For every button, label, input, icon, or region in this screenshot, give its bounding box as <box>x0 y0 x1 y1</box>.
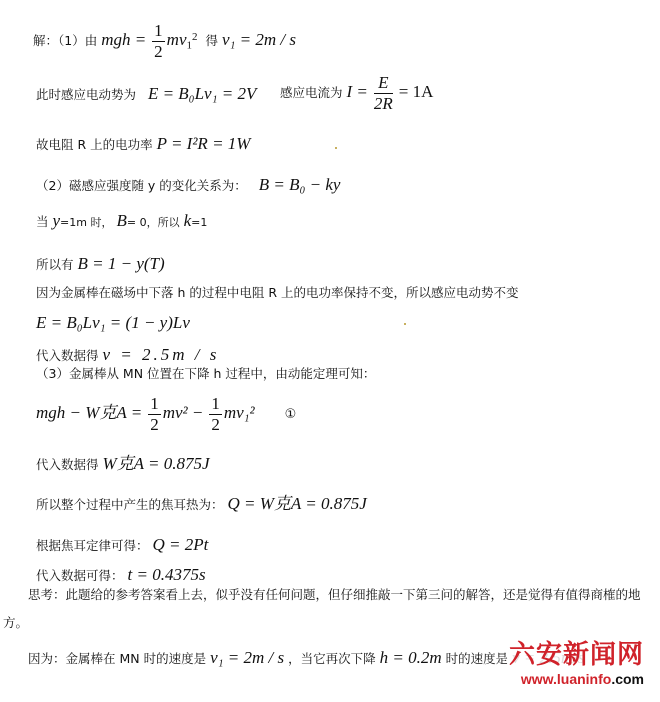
reflection-line1: 思考：此题给的参考答案看上去，似乎没有任何问题，但仔细推敲一下第三问的解答，还是… <box>28 589 641 602</box>
equation: E = B₀Lv₁ = 2V <box>148 84 256 103</box>
denominator: 2 <box>209 415 222 435</box>
url-part: .com <box>611 671 644 687</box>
reflection-line2: 方。 <box>3 617 28 630</box>
part1-power: 故电阻 R 上的电功率 P = I²R = 1W <box>36 135 250 152</box>
equation: = 1A <box>399 82 434 101</box>
variable: y <box>53 211 61 230</box>
label: 所以有 <box>36 257 74 272</box>
part3-heat: 所以整个过程中产生的焦耳热为： Q = W克A = 0.875J <box>36 495 367 512</box>
equation: mv² − <box>163 403 204 422</box>
fraction-E-over-2R: E2R <box>374 74 393 113</box>
part1-current: 感应电流为 I = E2R = 1A <box>280 74 433 113</box>
part1-emf: 此时感应电动势为 E = B₀Lv₁ = 2V <box>36 85 256 102</box>
part2-relation: （2）磁感应强度随 y 的变化关系为： B = B₀ − ky <box>36 176 340 193</box>
watermark-brand-name: 六安新闻网 <box>509 642 644 668</box>
reflection-because: 因为：金属棒在 MN 时的速度是 v₁ = 2m / s ，当它再次下降 h =… <box>28 649 584 666</box>
part3-intro: （3）金属棒从 MN 位置在下降 h 过程中，由动能定理可知： <box>36 368 375 381</box>
watermark-logo: 六安新闻网 www.luaninfo.com <box>507 642 646 687</box>
variable: B <box>116 211 126 230</box>
speck <box>335 147 337 149</box>
equation: B = 1 − y(T) <box>78 254 165 273</box>
label: 此时感应电动势为 <box>36 87 136 102</box>
label: （2）磁感应强度随 y 的变化关系为： <box>36 178 247 193</box>
denominator: 2 <box>148 415 161 435</box>
equation: Q = W克A = 0.875J <box>228 494 367 513</box>
part2-reason: 因为金属棒在磁场中下落 h 的过程中电阻 R 上的电功率保持不变，所以感应电动势… <box>36 287 519 300</box>
speck <box>404 323 406 325</box>
equation: t = 0.4375s <box>128 565 206 584</box>
equation: I = <box>347 82 368 101</box>
variable: k <box>184 211 192 230</box>
label: 根据焦耳定律可得： <box>36 538 149 553</box>
fraction-half: 12 <box>152 22 165 61</box>
fraction-half: 12 <box>148 395 161 434</box>
part3-energy-equation: mgh − W克A = 12mv² − 12mv₁² ① <box>36 395 296 434</box>
label: ，当它再次下降 <box>288 651 376 666</box>
label: 当 <box>36 214 49 229</box>
label: =1 <box>191 216 207 229</box>
numerator: E <box>374 74 393 94</box>
label: 故电阻 R 上的电功率 <box>36 137 153 152</box>
equation: mv <box>167 30 187 49</box>
label: 感应电流为 <box>280 85 343 100</box>
label: 代入数据可得： <box>36 568 124 583</box>
label: 时的速度是 <box>446 651 509 666</box>
part2-emf: E = B₀Lv₁ = (1 − y)Lv <box>36 314 190 331</box>
equation: mgh − W克A = <box>36 403 142 422</box>
equation: B = B₀ − ky <box>259 175 341 194</box>
label: 所以整个过程中产生的焦耳热为： <box>36 497 224 512</box>
equation: h = 0.2m <box>380 648 442 667</box>
part1-line1: 解：（1）由 mgh = 12mv12 得 v₁ = 2m / s <box>33 22 296 61</box>
equation: P = I²R = 1W <box>157 134 251 153</box>
equation: Q = 2Pt <box>153 535 209 554</box>
equation-number: ① <box>285 407 297 422</box>
paragraph: （3）金属棒从 MN 位置在下降 h 过程中，由动能定理可知： <box>36 366 375 381</box>
watermark-url: www.luaninfo.com <box>509 671 644 687</box>
equation: v₁ = 2m / s <box>210 648 284 667</box>
label: 得 <box>205 33 218 48</box>
label: 代入数据得 <box>36 348 99 363</box>
fraction-half: 12 <box>209 395 222 434</box>
numerator: 1 <box>209 395 222 415</box>
result-equation: v₁ = 2m / s <box>222 30 296 49</box>
paragraph: 思考：此题给的参考答案看上去，似乎没有任何问题，但仔细推敲一下第三问的解答，还是… <box>28 587 641 602</box>
numerator: 1 <box>152 22 165 42</box>
paragraph: 因为金属棒在磁场中下落 h 的过程中电阻 R 上的电功率保持不变，所以感应电动势… <box>36 285 519 300</box>
equation: v = 2.5m / s <box>103 345 220 364</box>
equation: mgh = <box>101 30 146 49</box>
denominator: 2R <box>374 94 393 114</box>
part3-work: 代入数据得 W克A = 0.875J <box>36 455 210 472</box>
part2-so: 所以有 B = 1 − y(T) <box>36 255 165 272</box>
equation: mv₁² <box>224 403 255 422</box>
equation: W克A = 0.875J <box>103 454 210 473</box>
part3-time: 代入数据可得： t = 0.4375s <box>36 566 206 583</box>
url-part: luaninfo <box>557 671 611 687</box>
label: =1m 时， <box>60 216 112 229</box>
label: 因为：金属棒在 MN 时的速度是 <box>28 651 206 666</box>
label: 代入数据得 <box>36 457 99 472</box>
part2-condition: 当 y=1m 时， B= 0，所以 k=1 <box>36 212 207 229</box>
url-part: www. <box>521 671 557 687</box>
part2-substitute: 代入数据得 v = 2.5m / s <box>36 346 219 363</box>
numerator: 1 <box>148 395 161 415</box>
superscript: 2 <box>192 31 198 43</box>
equation: E = B₀Lv₁ = (1 − y)Lv <box>36 313 190 332</box>
label: = 0，所以 <box>127 216 180 229</box>
label: 解：（1）由 <box>33 33 97 48</box>
paragraph: 方。 <box>3 615 28 630</box>
part3-joule: 根据焦耳定律可得： Q = 2Pt <box>36 536 208 553</box>
denominator: 2 <box>152 42 165 62</box>
